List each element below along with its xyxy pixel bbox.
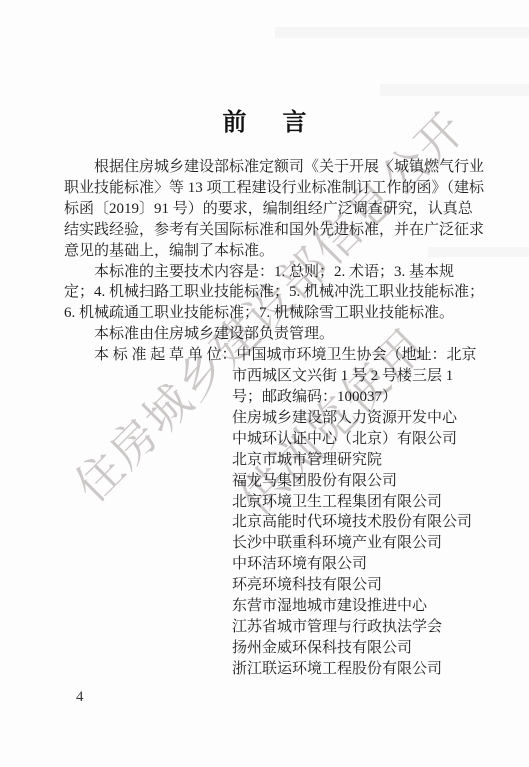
foreword-body: 根据住房城乡建设部标准定额司《关于开展〈城镇燃气行业 职业技能标准〉等 13 项… — [64, 157, 465, 680]
document-page: 住房城乡建设部信息公开 供浏览使用 前言 根据住房城乡建设部标准定额司《关于开展… — [0, 0, 529, 767]
text-line: 根据住房城乡建设部标准定额司《关于开展〈城镇燃气行业 — [64, 157, 465, 178]
drafting-unit-line: 住房城乡建设部人力资源开发中心 — [64, 408, 465, 429]
text-line: 结实践经验，参考有关国际标准和国外先进标准，并在广泛征求 — [64, 220, 465, 241]
text-line: 本标准的主要技术内容是：1. 总则；2. 术语；3. 基本规 — [64, 262, 465, 283]
drafting-unit-line: 江苏省城市管理与行政执法学会 — [64, 617, 465, 638]
drafting-unit-line: 扬州金威环保科技有限公司 — [64, 638, 465, 659]
drafting-unit-line: 中城环认证中心（北京）有限公司 — [64, 429, 465, 450]
drafting-unit-line: 东营市湿地城市建设推进中心 — [64, 596, 465, 617]
page-number: 4 — [76, 689, 84, 706]
drafting-unit-line: 长沙中联重科环境产业有限公司 — [64, 533, 465, 554]
drafting-unit-line: 北京市城市管理研究院 — [64, 450, 465, 471]
title-char-2: 言 — [283, 110, 307, 136]
drafting-unit-line: 环亮环境科技有限公司 — [64, 575, 465, 596]
drafting-unit-line: 浙江联运环境工程股份有限公司 — [64, 659, 465, 680]
drafting-unit-line: 中环洁环境有限公司 — [64, 554, 465, 575]
text-line: 6. 机械疏通工职业技能标准；7. 机械除雪工职业技能标准。 — [64, 303, 465, 324]
page-title: 前言 — [0, 102, 529, 137]
text-line: 意见的基础上，编制了本标准。 — [64, 241, 465, 262]
title-char-1: 前 — [223, 110, 247, 136]
drafting-address-line: 号；邮政编码：100037） — [64, 387, 465, 408]
drafting-units-label-line: 本 标 准 起 草 单 位：中国城市环境卫生协会（地址：北京 — [64, 345, 465, 366]
drafting-unit-line: 福龙马集团股份有限公司 — [64, 471, 465, 492]
drafting-unit-line: 北京环境卫生工程集团有限公司 — [64, 492, 465, 513]
drafting-address-line: 市西城区文兴街 1 号 2 号楼三层 1 — [64, 366, 465, 387]
text-line: 本标准由住房城乡建设部负责管理。 — [64, 324, 465, 345]
scan-streak — [380, 84, 529, 96]
text-line: 标函〔2019〕91 号）的要求，编制组经广泛调查研究，认真总 — [64, 199, 465, 220]
scan-streak — [275, 27, 529, 38]
text-line: 定；4. 机械扫路工职业技能标准；5. 机械冲洗工职业技能标准； — [64, 282, 465, 303]
text-line: 职业技能标准〉等 13 项工程建设行业标准制订工作的函》（建标 — [64, 178, 465, 199]
drafting-unit-line: 北京高能时代环境技术股份有限公司 — [64, 512, 465, 533]
